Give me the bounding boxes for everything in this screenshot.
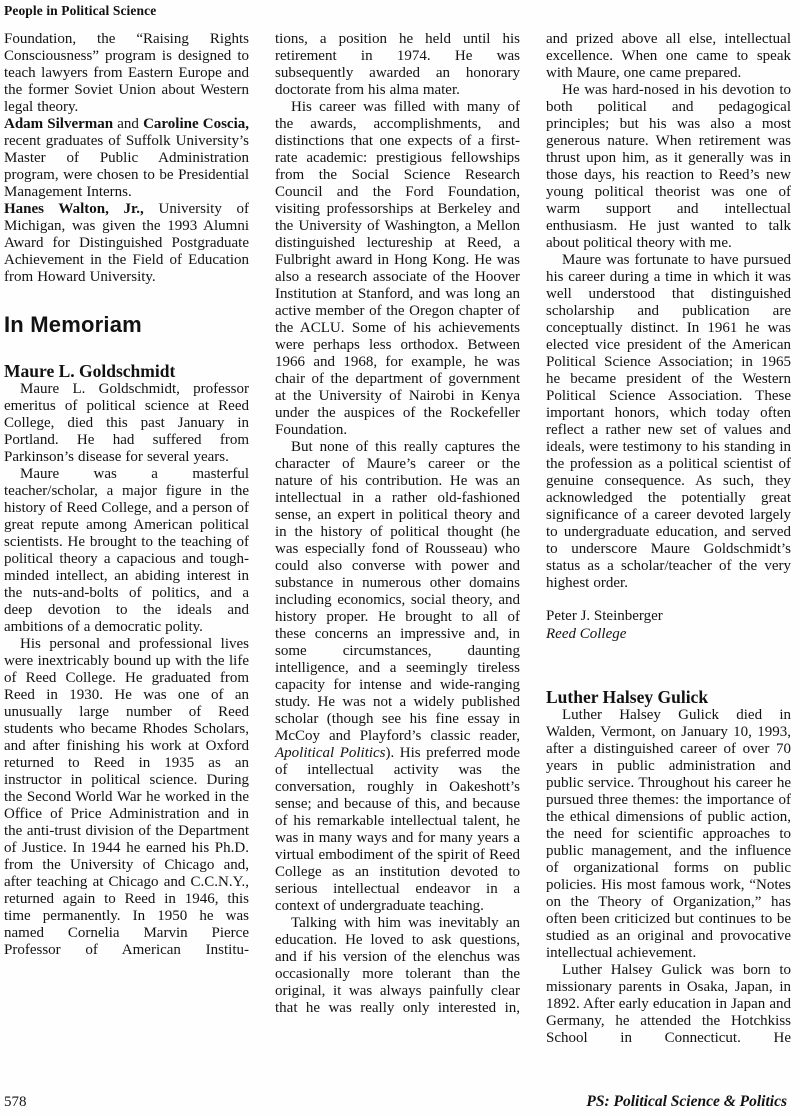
paragraph: Foundation, the “Raising Rights Consciou… [4,31,249,116]
column-1: Foundation, the “Raising Rights Consciou… [4,31,249,1047]
column-3: and prized above all else, intellectual … [546,31,791,1047]
signature-affiliation: Reed College [546,625,791,643]
journal-page: People in Political Science Foundation, … [0,0,800,1116]
signature-name: Peter J. Steinberger [546,607,791,625]
signature: Peter J. SteinbergerReed College [546,607,791,643]
paragraph: and prized above all else, intellectual … [546,31,791,82]
section-heading: In Memoriam [4,312,249,338]
paragraph: Maure was fortunate to have pursued his … [546,252,791,592]
paragraph: His personal and professional lives were… [4,636,249,959]
text-columns: Foundation, the “Raising Rights Consciou… [4,31,791,1047]
paragraph: Luther Halsey Gulick died in Walden, Ver… [546,707,791,962]
paragraph: Hanes Walton, Jr., University of Michiga… [4,201,249,286]
page-number: 578 [4,1094,27,1111]
paragraph: Maure L. Goldschmidt, professor emeritus… [4,381,249,466]
paragraph: He was hard-nosed in his devotion to bot… [546,82,791,252]
paragraph: Talking with him was inevitably an educa… [275,915,520,1017]
paragraph: Maure was a masterful teacher/scholar, a… [4,466,249,636]
paragraph: tions, a position he held until his reti… [275,31,520,99]
paragraph: His career was filled with many of the a… [275,99,520,439]
paragraph: But none of this really captures the cha… [275,439,520,915]
page-footer: 578 PS: Political Science & Politics [4,1093,787,1111]
paragraph: Adam Silverman and Caroline Coscia, rece… [4,116,249,201]
running-head: People in Political Science [4,3,156,19]
column-2: tions, a position he held until his reti… [275,31,520,1047]
obituary-heading: Maure L. Goldschmidt [4,361,249,381]
journal-title: PS: Political Science & Politics [586,1093,787,1111]
paragraph: Luther Halsey Gulick was born to mission… [546,962,791,1047]
obituary-heading: Luther Halsey Gulick [546,687,791,707]
